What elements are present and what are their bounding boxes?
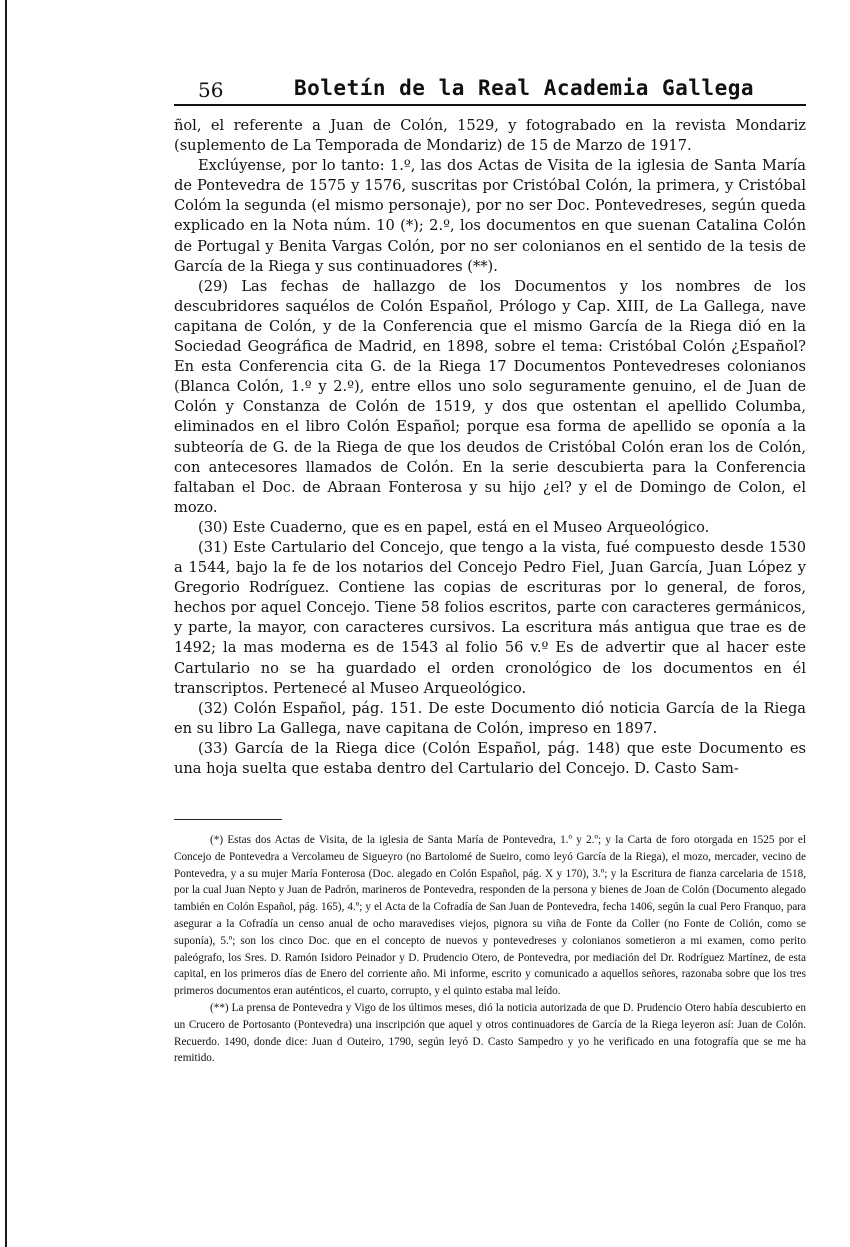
paragraph-continuation: ñol, el referente a Juan de Colón, 1529,… xyxy=(174,116,806,156)
page-header: 56 Boletín de la Real Academia Gallega xyxy=(174,76,806,106)
page-number: 56 xyxy=(198,78,223,102)
note-29: (29) Las fechas de hallazgo de los Docum… xyxy=(174,277,806,518)
document-page: 56 Boletín de la Real Academia Gallega ñ… xyxy=(174,76,806,1067)
note-30: (30) Este Cuaderno, que es en papel, est… xyxy=(174,518,806,538)
scan-edge-line xyxy=(5,0,7,1247)
note-31: (31) Este Cartulario del Concejo, que te… xyxy=(174,538,806,699)
paragraph-exclusions: Exclúyense, por lo tanto: 1.º, las dos A… xyxy=(174,156,806,277)
footnote-separator xyxy=(174,819,282,820)
running-title: Boletín de la Real Academia Gallega xyxy=(294,76,754,100)
note-32: (32) Colón Español, pág. 151. De este Do… xyxy=(174,699,806,739)
note-33: (33) García de la Riega dice (Colón Espa… xyxy=(174,739,806,779)
footnotes: (*) Estas dos Actas de Visita, de la igl… xyxy=(174,832,806,1067)
footnote-asterisk: (*) Estas dos Actas de Visita, de la igl… xyxy=(174,832,806,1000)
body-text: ñol, el referente a Juan de Colón, 1529,… xyxy=(174,116,806,779)
footnote-double-asterisk: (**) La prensa de Pontevedra y Vigo de l… xyxy=(174,1000,806,1067)
